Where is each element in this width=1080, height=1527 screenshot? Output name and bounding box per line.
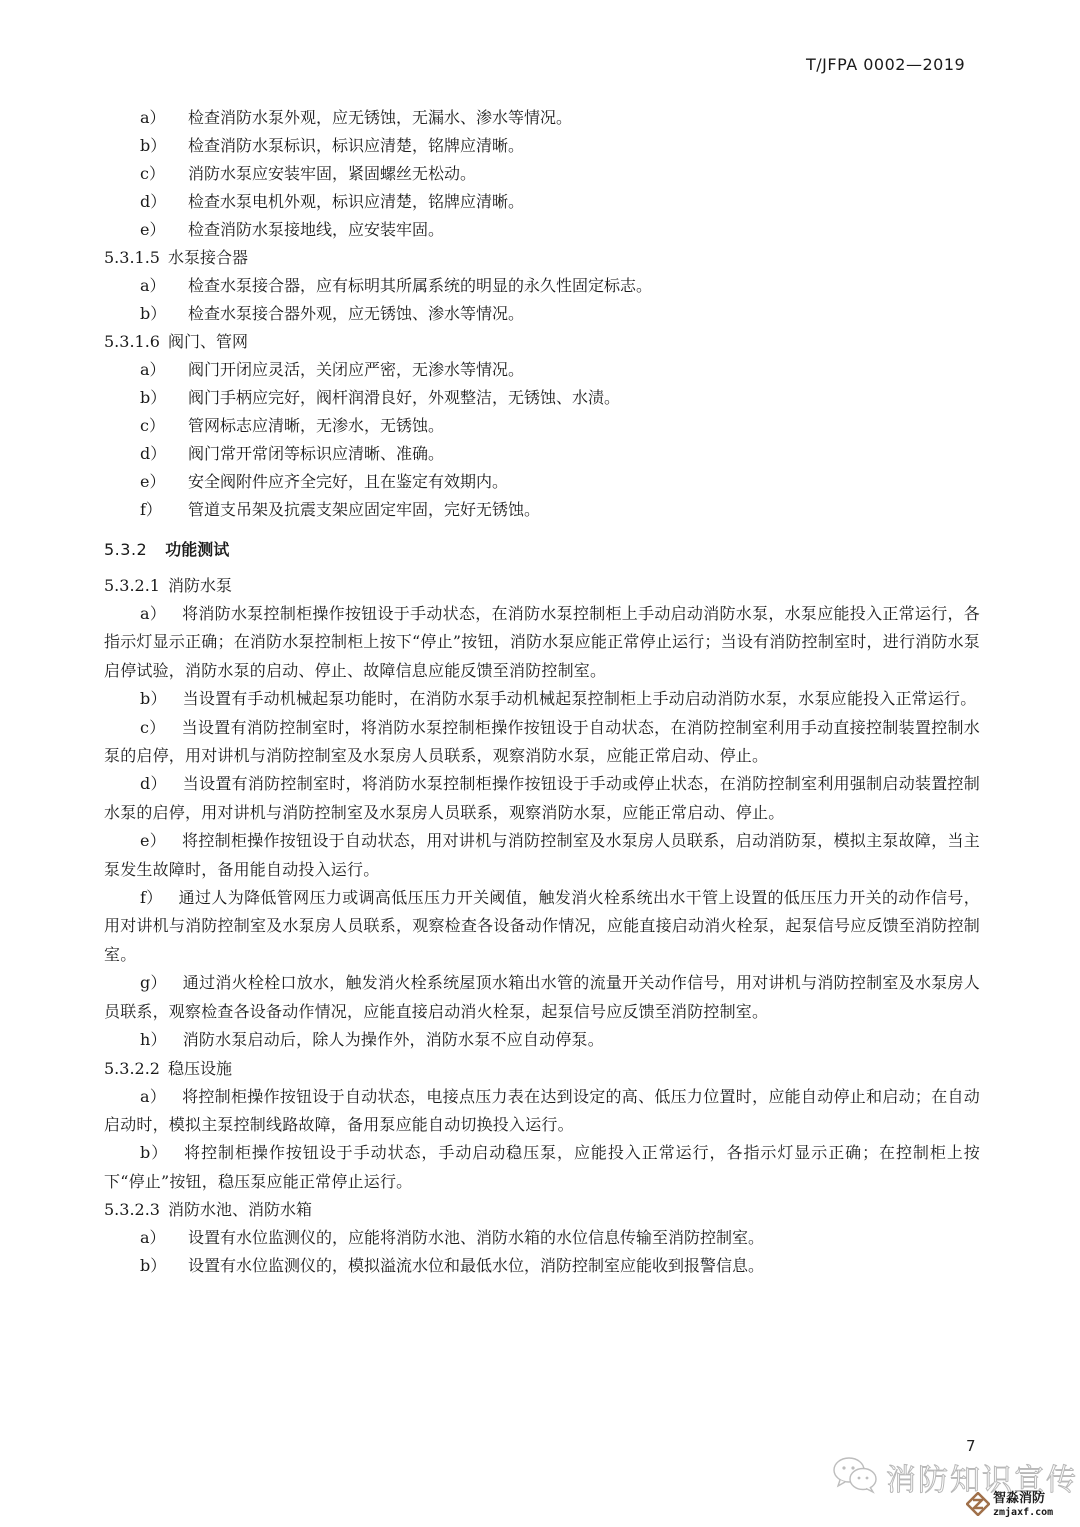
paragraph-text: 当设置有消防控制室时，将消防水泵控制柜操作按钮设于自动状态，在消防控制室利用手动… <box>104 718 980 765</box>
list-marker: g） <box>140 973 167 992</box>
list-marker: b） <box>140 1143 168 1162</box>
subsection-title: 阀门、管网 <box>168 332 248 351</box>
list-marker: b） <box>140 132 188 160</box>
list-marker: b） <box>140 689 167 708</box>
list-text: 检查水泵接合器外观，应无锈蚀、渗水等情况。 <box>188 300 524 328</box>
list-marker: a） <box>140 604 166 623</box>
section-heading: 5.3.2功能测试 <box>104 536 980 564</box>
list-item: d）检查水泵电机外观，标识应清楚，铭牌应清晰。 <box>104 188 980 216</box>
list-item: e）检查消防水泵接地线，应安装牢固。 <box>104 216 980 244</box>
paragraph-text: 将控制柜操作按钮设于手动状态，手动启动稳压泵，应能投入正常运行，各指示灯显示正确… <box>104 1143 980 1190</box>
paragraph-item: e）将控制柜操作按钮设于自动状态，用对讲机与消防控制室及水泵房人员联系，启动消防… <box>104 827 980 884</box>
list-text: 阀门手柄应完好，阀杆润滑良好，外观整洁，无锈蚀、水渍。 <box>188 384 620 412</box>
list-item: a）设置有水位监测仪的，应能将消防水池、消防水箱的水位信息传输至消防控制室。 <box>104 1224 980 1252</box>
list-item: c）消防水泵应安装牢固，紧固螺丝无松动。 <box>104 160 980 188</box>
list-text: 阀门开闭应灵活，关闭应严密，无渗水等情况。 <box>188 356 524 384</box>
list-text: 检查消防水泵标识，标识应清楚，铭牌应清晰。 <box>188 132 524 160</box>
list-item: a）阀门开闭应灵活，关闭应严密，无渗水等情况。 <box>104 356 980 384</box>
list-marker: b） <box>140 384 188 412</box>
list-item: b）设置有水位监测仪的，模拟溢流水位和最低水位，消防控制室应能收到报警信息。 <box>104 1252 980 1280</box>
subsection-number: 5.3.2.1 <box>104 576 160 595</box>
wechat-icon <box>832 1455 878 1499</box>
list-marker: h） <box>140 1030 167 1049</box>
brand-logo: 智淼消防 zmjaxf.com <box>966 1492 1053 1520</box>
list-text: 安全阀附件应齐全完好，且在鉴定有效期内。 <box>188 468 508 496</box>
list-item: b）检查水泵接合器外观，应无锈蚀、渗水等情况。 <box>104 300 980 328</box>
list-item: a）检查消防水泵外观，应无锈蚀，无漏水、渗水等情况。 <box>104 104 980 132</box>
list-marker: a） <box>140 356 188 384</box>
paragraph-item: f）通过人为降低管网压力或调高低压压力开关阈值，触发消火栓系统出水干管上设置的低… <box>104 884 980 969</box>
subsection-title: 水泵接合器 <box>168 248 248 267</box>
list-marker: a） <box>140 104 188 132</box>
list-marker: e） <box>140 831 166 850</box>
document-page: T/JFPA 0002—2019 a）检查消防水泵外观，应无锈蚀，无漏水、渗水等… <box>0 0 1080 1527</box>
section-title: 功能测试 <box>165 540 229 559</box>
list-marker: d） <box>140 188 188 216</box>
subsection-heading: 5.3.1.5水泵接合器 <box>104 244 980 272</box>
list-marker: d） <box>140 774 167 793</box>
list-marker: e） <box>140 216 188 244</box>
list-marker: d） <box>140 440 188 468</box>
list-text: 设置有水位监测仪的，应能将消防水池、消防水箱的水位信息传输至消防控制室。 <box>188 1224 764 1252</box>
list-text: 设置有水位监测仪的，模拟溢流水位和最低水位，消防控制室应能收到报警信息。 <box>188 1252 764 1280</box>
subsection-heading: 5.3.2.3消防水池、消防水箱 <box>104 1196 980 1224</box>
brand-name: 智淼消防 <box>993 1492 1053 1506</box>
paragraph-text: 将控制柜操作按钮设于自动状态，用对讲机与消防控制室及水泵房人员联系，启动消防泵，… <box>104 831 980 878</box>
list-text: 检查水泵电机外观，标识应清楚，铭牌应清晰。 <box>188 188 524 216</box>
list-marker: c） <box>140 412 188 440</box>
subsection-title: 消防水泵 <box>168 576 232 595</box>
page-content: a）检查消防水泵外观，应无锈蚀，无漏水、渗水等情况。 b）检查消防水泵标识，标识… <box>104 104 980 1280</box>
paragraph-text: 当设置有手动机械起泵功能时，在消防水泵手动机械起泵控制柜上手动启动消防水泵，水泵… <box>183 689 977 708</box>
list-text: 管网标志应清晰，无渗水，无锈蚀。 <box>188 412 444 440</box>
zm-logo-icon <box>966 1492 990 1520</box>
list-item: b）阀门手柄应完好，阀杆润滑良好，外观整洁，无锈蚀、水渍。 <box>104 384 980 412</box>
subsection-number: 5.3.1.6 <box>104 332 160 351</box>
page-number: 7 <box>966 1437 976 1455</box>
paragraph-text: 通过人为降低管网压力或调高低压压力开关阈值，触发消火栓系统出水干管上设置的低压压… <box>104 888 980 964</box>
list-item: d）阀门常开常闭等标识应清晰、准确。 <box>104 440 980 468</box>
list-item: a）检查水泵接合器，应有标明其所属系统的明显的永久性固定标志。 <box>104 272 980 300</box>
list-text: 消防水泵应安装牢固，紧固螺丝无松动。 <box>188 160 476 188</box>
list-text: 检查消防水泵外观，应无锈蚀，无漏水、渗水等情况。 <box>188 104 572 132</box>
list-marker: b） <box>140 300 188 328</box>
paragraph-text: 将消防水泵控制柜操作按钮设于手动状态，在消防水泵控制柜上手动启动消防水泵，水泵应… <box>104 604 980 680</box>
list-item: e）安全阀附件应齐全完好，且在鉴定有效期内。 <box>104 468 980 496</box>
subsection-heading: 5.3.2.2稳压设施 <box>104 1055 980 1083</box>
paragraph-item: h）消防水泵启动后，除人为操作外，消防水泵不应自动停泵。 <box>104 1026 980 1054</box>
brand-url: zmjaxf.com <box>993 1506 1053 1520</box>
section-number: 5.3.2 <box>104 540 147 559</box>
paragraph-item: a）将消防水泵控制柜操作按钮设于手动状态，在消防水泵控制柜上手动启动消防水泵，水… <box>104 600 980 685</box>
list-marker: e） <box>140 468 188 496</box>
subsection-heading: 5.3.1.6阀门、管网 <box>104 328 980 356</box>
list-text: 管道支吊架及抗震支架应固定牢固，完好无锈蚀。 <box>188 496 540 524</box>
paragraph-item: d）当设置有消防控制室时，将消防水泵控制柜操作按钮设于手动或停止状态，在消防控制… <box>104 770 980 827</box>
brand-text: 智淼消防 zmjaxf.com <box>993 1492 1053 1520</box>
paragraph-text: 将控制柜操作按钮设于自动状态，电接点压力表在达到设定的高、低压力位置时，应能自动… <box>104 1087 980 1134</box>
list-marker: c） <box>140 718 166 737</box>
paragraph-item: a）将控制柜操作按钮设于自动状态，电接点压力表在达到设定的高、低压力位置时，应能… <box>104 1083 980 1140</box>
subsection-number: 5.3.2.3 <box>104 1200 160 1219</box>
list-marker: a） <box>140 272 188 300</box>
list-marker: c） <box>140 160 188 188</box>
paragraph-item: b）当设置有手动机械起泵功能时，在消防水泵手动机械起泵控制柜上手动启动消防水泵，… <box>104 685 980 713</box>
paragraph-text: 消防水泵启动后，除人为操作外，消防水泵不应自动停泵。 <box>183 1030 604 1049</box>
list-text: 检查水泵接合器，应有标明其所属系统的明显的永久性固定标志。 <box>188 272 652 300</box>
subsection-number: 5.3.1.5 <box>104 248 160 267</box>
list-marker: a） <box>140 1087 166 1106</box>
list-item: f）管道支吊架及抗震支架应固定牢固，完好无锈蚀。 <box>104 496 980 524</box>
paragraph-item: g）通过消火栓栓口放水，触发消火栓系统屋顶水箱出水管的流量开关动作信号，用对讲机… <box>104 969 980 1026</box>
paragraph-item: c）当设置有消防控制室时，将消防水泵控制柜操作按钮设于自动状态，在消防控制室利用… <box>104 714 980 771</box>
list-item: b）检查消防水泵标识，标识应清楚，铭牌应清晰。 <box>104 132 980 160</box>
list-marker: a） <box>140 1224 188 1252</box>
paragraph-text: 通过消火栓栓口放水，触发消火栓系统屋顶水箱出水管的流量开关动作信号，用对讲机与消… <box>104 973 980 1020</box>
list-text: 阀门常开常闭等标识应清晰、准确。 <box>188 440 444 468</box>
standard-code: T/JFPA 0002—2019 <box>806 55 965 74</box>
paragraph-item: b）将控制柜操作按钮设于手动状态，手动启动稳压泵，应能投入正常运行，各指示灯显示… <box>104 1139 980 1196</box>
list-marker: f） <box>140 888 163 907</box>
subsection-number: 5.3.2.2 <box>104 1059 160 1078</box>
list-marker: f） <box>140 496 188 524</box>
list-item: c）管网标志应清晰，无渗水，无锈蚀。 <box>104 412 980 440</box>
list-marker: b） <box>140 1252 188 1280</box>
subsection-title: 稳压设施 <box>168 1059 232 1078</box>
paragraph-text: 当设置有消防控制室时，将消防水泵控制柜操作按钮设于手动或停止状态，在消防控制室利… <box>104 774 980 821</box>
list-text: 检查消防水泵接地线，应安装牢固。 <box>188 216 444 244</box>
subsection-title: 消防水池、消防水箱 <box>168 1200 312 1219</box>
subsection-heading: 5.3.2.1消防水泵 <box>104 572 980 600</box>
